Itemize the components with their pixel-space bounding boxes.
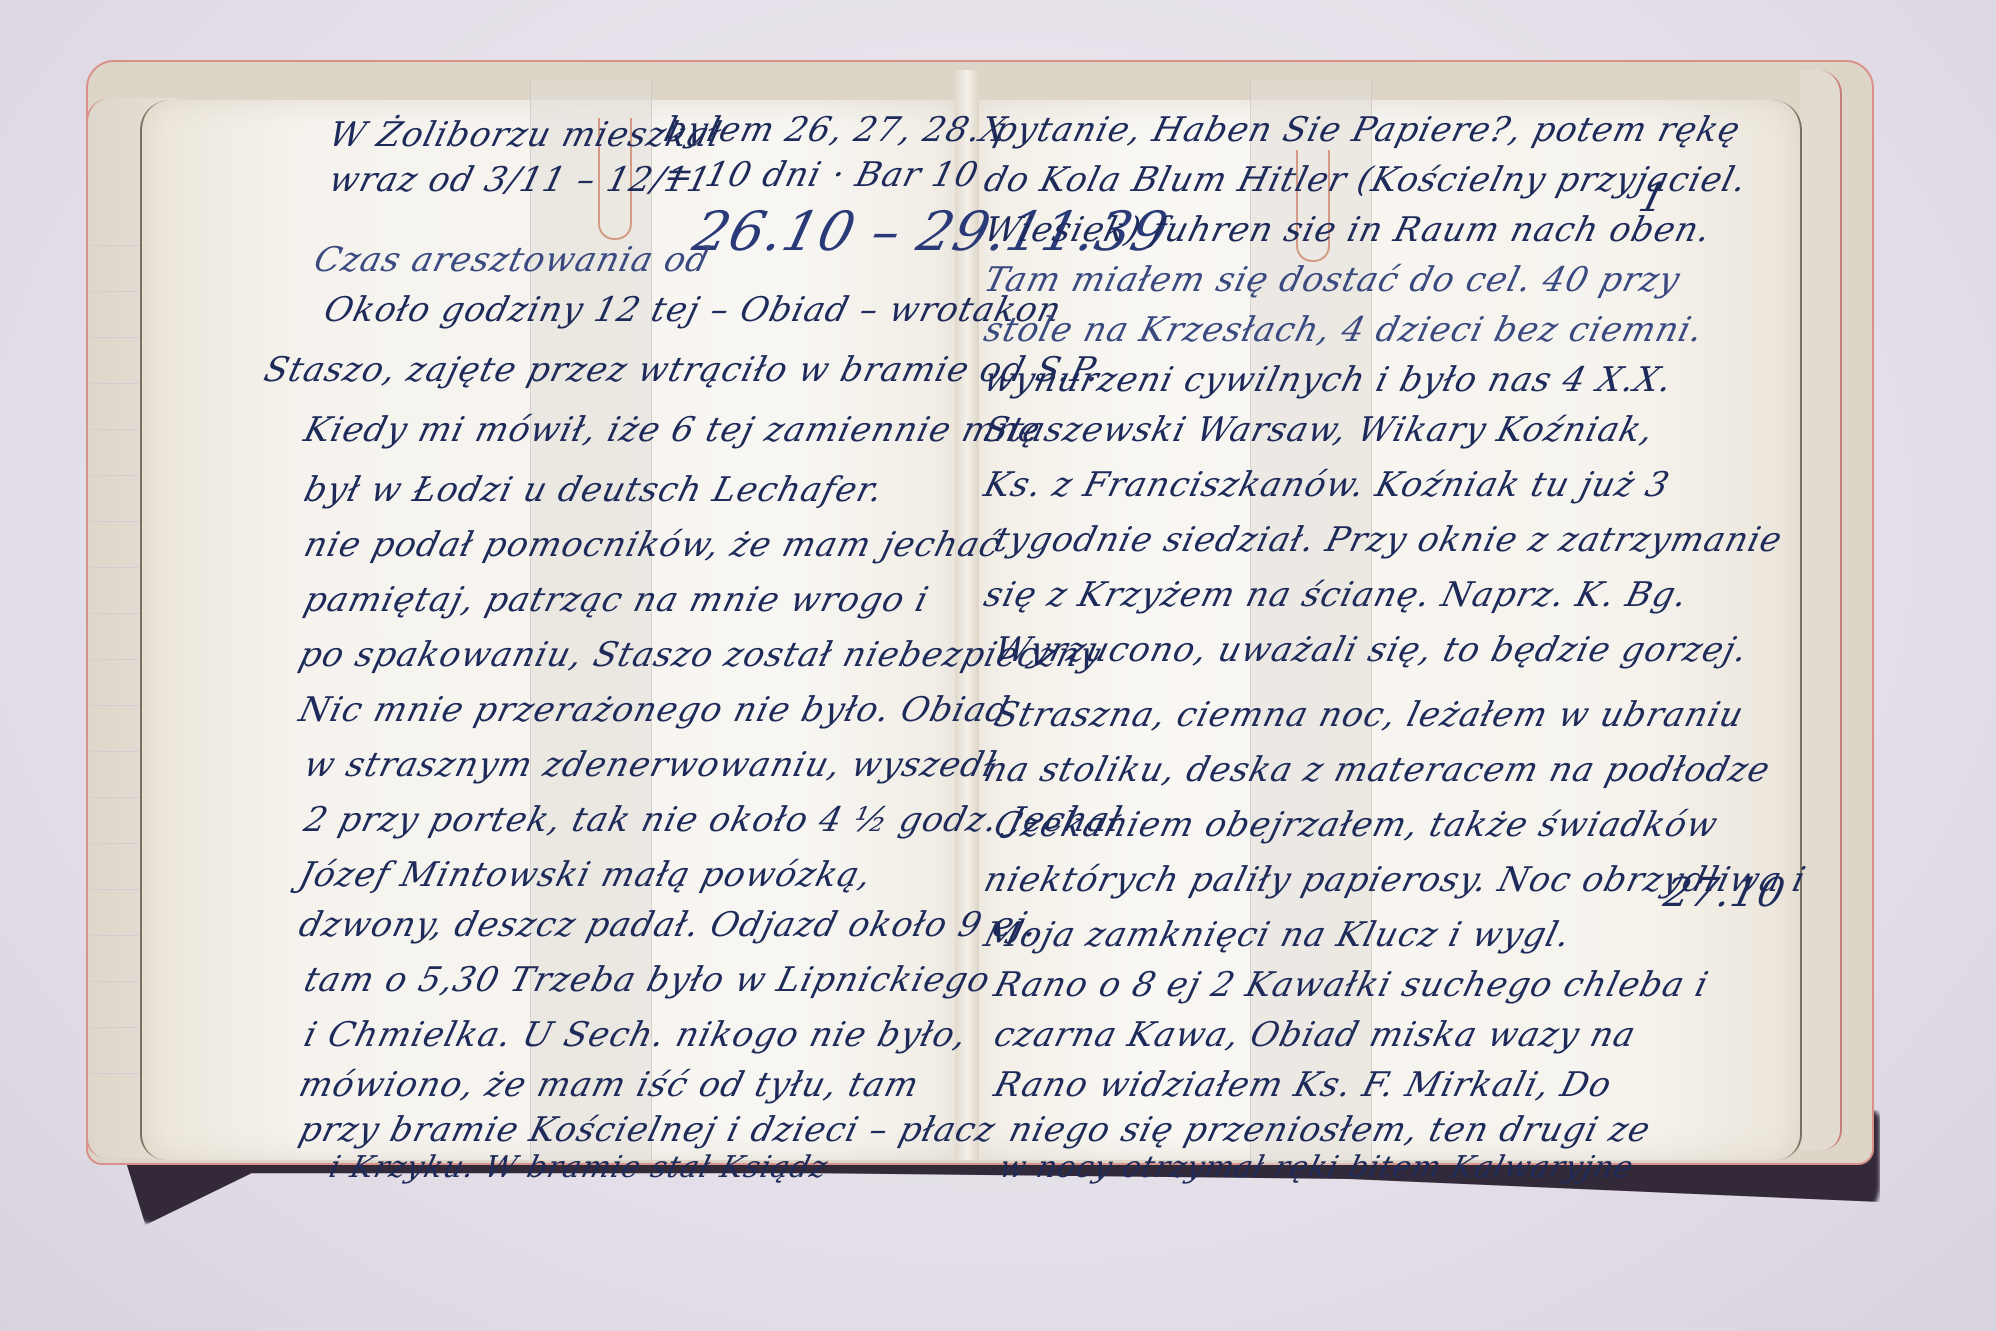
text-line: Wiesiek) fuhren sie in Raum nach oben. xyxy=(980,210,1715,250)
text-line: pytanie, Haben Sie Papiere?, potem rękę xyxy=(990,110,1745,150)
cover-right-edge xyxy=(1800,70,1842,1150)
text-line: Straszna, ciemna noc, leżałem w ubraniu xyxy=(990,695,1748,735)
header-left-2: wraz od 3/11 – 12/11 xyxy=(325,160,715,200)
text-line: wynurzeni cywilnych i było nas 4 X.X. xyxy=(980,360,1677,400)
text-line: i Krzyku. W bramie stał Ksiądz xyxy=(326,1150,832,1185)
text-line: Czas aresztowania od xyxy=(310,240,714,280)
side-date: 27.10 xyxy=(1659,870,1790,916)
text-line: Czekaniem obejrzałem, także świadków xyxy=(990,805,1722,845)
text-line: tam o 5,30 Trzeba było w Lipnickiego xyxy=(300,960,995,1000)
text-line: Rano widziałem Ks. F. Mirkali, Do xyxy=(990,1065,1616,1105)
text-line: przy bramie Kościelnej i dzieci – płacz xyxy=(295,1110,1000,1150)
text-line: Józef Mintowski małą powózką, xyxy=(295,855,876,895)
text-line: Ks. z Franciszkanów. Koźniak tu już 3 xyxy=(980,465,1674,505)
text-line: Nic mnie przerażonego nie było. Obiad xyxy=(295,690,1014,730)
text-line: Tam miałem się dostać do cel. 40 przy xyxy=(980,260,1685,300)
text-line: w nocy otrzymał ręki bitem Kalwaryjne xyxy=(996,1150,1638,1185)
text-line: Moja zamknięci na Klucz i wygl. xyxy=(980,915,1575,955)
text-line: Staszo, zajęte przez wtrąciło w bramie o… xyxy=(260,350,1105,390)
text-line: czarna Kawa, Obiad miska wazy na xyxy=(990,1015,1640,1055)
text-line: w strasznym zdenerwowaniu, wyszedł xyxy=(300,745,1001,785)
text-line: tygodnie siedział. Przy oknie z zatrzyma… xyxy=(990,520,1787,560)
header-right-1: byłem 26, 27, 28.X xyxy=(660,110,1011,150)
header-right-2: = 10 dni · Bar 10 xyxy=(660,155,983,195)
text-line: dzwony, deszcz padał. Odjazd około 9 ej. xyxy=(295,905,1043,945)
text-line: po spakowaniu, Staszo został niebezpiecz… xyxy=(295,635,1105,675)
text-line: Wyrzucono, uważali się, to będzie gorzej… xyxy=(990,630,1752,670)
text-line: i Chmielka. U Sech. nikogo nie było, xyxy=(300,1015,971,1055)
text-line: Staszewski Warsaw, Wikary Koźniak, xyxy=(980,410,1658,450)
text-line: nie podał pomocników, że mam jechać xyxy=(300,525,1005,565)
text-line: Rano o 8 ej 2 Kawałki suchego chleba i xyxy=(990,965,1713,1005)
text-line: Kiedy mi mówił, iże 6 tej zamiennie mnę xyxy=(300,410,1045,450)
text-line: był w Łodzi u deutsch Lechafer. xyxy=(300,470,888,510)
text-line: stole na Krzesłach, 4 dzieci bez ciemni. xyxy=(980,310,1708,350)
text-line: na stoliku, deska z materacem na podłodz… xyxy=(980,750,1774,790)
text-line: Około godziny 12 tej – Obiad – wrotakon xyxy=(320,290,1066,330)
text-line: mówiono, że mam iść od tyłu, tam xyxy=(295,1065,923,1105)
text-line: pamiętaj, patrząc na mnie wrogo i xyxy=(300,580,933,620)
text-line: niego się przeniosłem, ten drugi ze xyxy=(1005,1110,1655,1150)
text-line: do Kola Blum Hitler (Kościelny przyjacie… xyxy=(980,160,1751,200)
text-line: się z Krzyżem na ścianę. Naprz. K. Bg. xyxy=(980,575,1692,615)
